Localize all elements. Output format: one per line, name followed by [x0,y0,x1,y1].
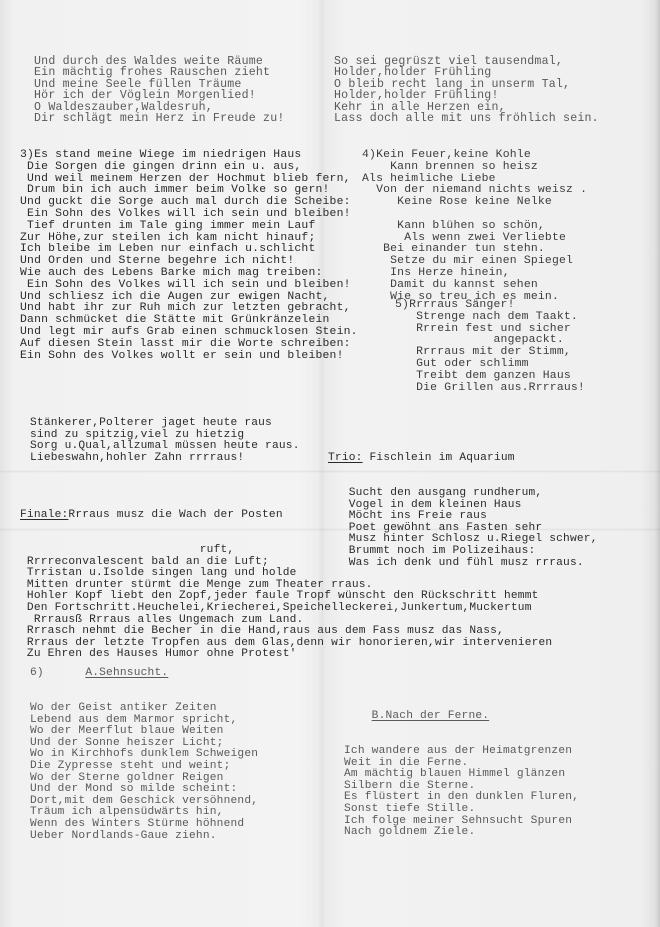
text-line: ruft, [20,545,552,557]
trio-label: Trio: [328,452,363,464]
text-line: Sonst tiefe Stille. [344,804,579,816]
text-line: Wie auch des Lebens Barke mich mag treib… [20,268,358,280]
text-line: Lass doch alle mit uns fröhlich sein. [334,113,599,124]
section-6-part-a: 6) A.Sehnsucht. Wo der Geist antiker Zei… [30,645,258,865]
text-line: Tief drunten im Tale ging immer mein Lau… [20,221,358,233]
text-line: Liebeswahn,hohler Zahn rrrraus! [30,453,300,465]
ferne-title: B.Nach der Ferne. [372,710,490,722]
text-line: Ueber Nordlands-Gaue ziehn. [30,831,258,843]
sehnsucht-lines: Wo der Geist antiker ZeitenLebend aus de… [30,703,258,842]
text-line: Ins Herze hinein, [362,268,587,280]
text-line: Nach goldnem Ziele. [344,827,579,839]
text-line: Dir schlägt mein Herz in Freude zu! [34,113,285,124]
text-line: Wo der Geist antiker Zeiten [30,703,258,715]
finale-label: Finale: [20,509,68,521]
text-line: Keine Rose keine Nelke [362,197,587,209]
text-line: Ein Sohn des Volkes wollt er sein und bl… [20,351,358,363]
text-line: Strenge nach dem Taakt. [395,312,585,324]
section-6-number: 6) [30,667,44,679]
sehnsucht-title: A.Sehnsucht. [85,667,168,679]
text-line: Ich wandere aus der Heimatgrenzen [344,746,579,758]
text-line: Wenn des Winters Stürme höhnend [30,819,258,831]
verse-stankerer: Stänkerer,Polterer jaget heute raussind … [30,418,300,464]
section-4-feuer: 4)Kein Feuer,keine Kohle Kann brennen so… [362,150,587,303]
verse-waldes: Und durch des Waldes weite RäumeEin mäch… [34,56,285,124]
section-6-part-b: B.Nach der Ferne. Ich wandere aus der He… [344,688,579,862]
text-line: Am mächtig blauen Himmel glänzen [344,769,579,781]
section-3-volkes: 3)Es stand meine Wiege im niedrigen Haus… [20,150,358,362]
text-line: Rrrasch nehmt die Becher in die Hand,rau… [20,626,552,638]
text-line: Hör ich der Vöglein Morgenlied! [34,90,285,101]
text-line: Kann blühen so schön, [362,221,587,233]
verse-fruehling: So sei gegrüszt viel tausendmal,Holder,h… [334,56,599,124]
text-line: Ein Sohn des Volkes will ich sein und bl… [20,280,358,292]
text-line: Treibt dem ganzen Haus [395,371,585,383]
text-line: Die Grillen aus.Rrrraus! [395,383,585,395]
section-5-saenger: 5)Rrrraus Sänger! Strenge nach dem Taakt… [395,300,585,394]
paper-fold-vertical [318,0,326,927]
text-line: Damit du kannst sehen [362,280,587,292]
text-line: Die Sorgen die gingen drinn ein u. aus, [20,162,358,174]
text-line: Gut oder schlimm [395,359,585,371]
text-line: Auf diesen Stein lasst mir die Worte sch… [20,339,358,351]
text-line: Stänkerer,Polterer jaget heute raus [30,418,300,430]
typewritten-page: Und durch des Waldes weite RäumeEin mäch… [0,0,660,927]
text-line: Wo der Meerflut blaue Weiten [30,726,258,738]
text-line: Die Zypresse steht und weint; [30,761,258,773]
text-line: Den Fortschritt.Heuchelei,Kriecherei,Spe… [20,603,552,615]
text-line: Trristan u.Isolde singen lang und holde [20,568,552,580]
text-line: Und legt mir aufs Grab einen schmucklose… [20,327,358,339]
text-line: Holder,holder Frühling! [334,90,599,101]
ferne-lines: Ich wandere aus der HeimatgrenzenWeit in… [344,746,579,839]
text-line: Ein Sohn des Volkes will ich sein und bl… [20,209,358,221]
text-line: Kann brennen so heisz [362,162,587,174]
finale-lines: ruft, Rrrreconvalescent bald an die Luft… [20,545,552,661]
text-line [362,209,587,221]
text-line: Und der Mond so milde scheint: [30,784,258,796]
